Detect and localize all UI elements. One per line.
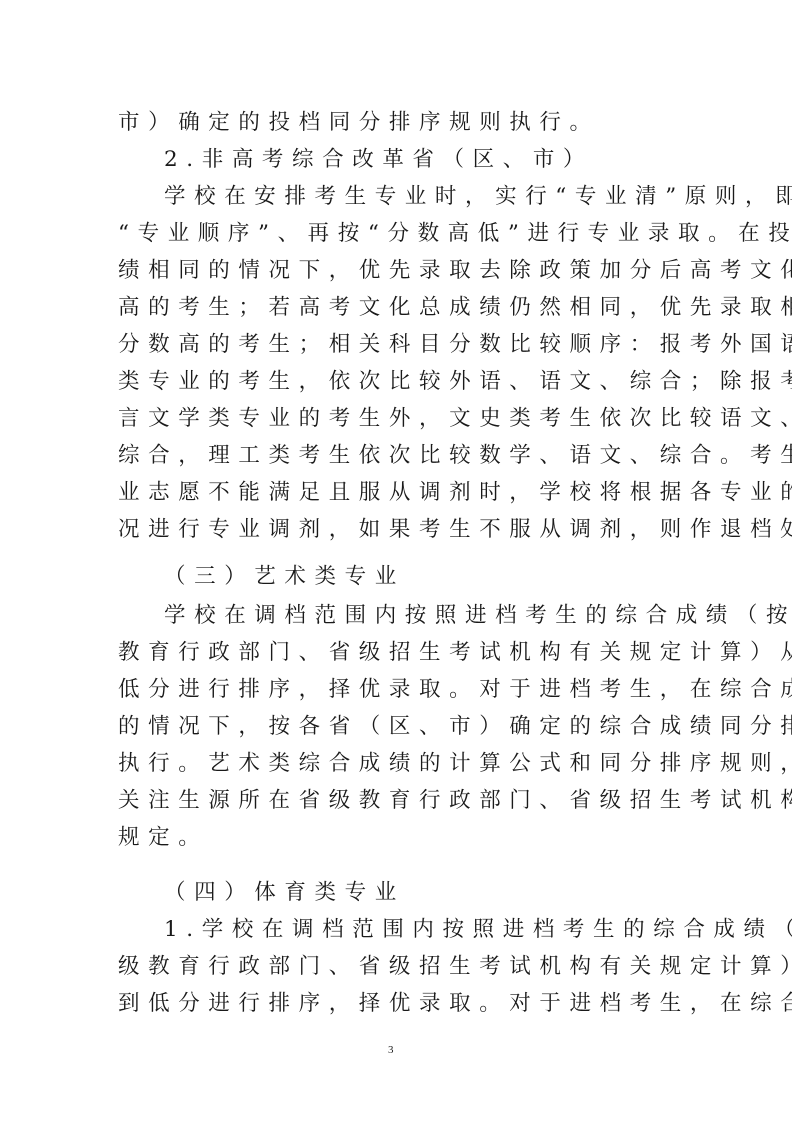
- text-line: 分数高的考生；相关科目分数比较顺序：报考外国语言文学: [118, 330, 678, 360]
- text-line: 市）确定的投档同分排序规则执行。: [118, 108, 678, 138]
- text-line: 到低分进行排序，择优录取。对于进档考生，在综合成绩相: [118, 989, 678, 1019]
- text-line: 言文学类专业的考生外，文史类考生依次比较语文、外语、: [118, 404, 678, 434]
- paragraph-first-line: 1.学校在调档范围内按照进档考生的综合成绩（按各省: [164, 915, 678, 945]
- text-line: 规定。: [118, 823, 678, 853]
- paragraph-first-line: 学校在安排考生专业时，实行“专业清”原则，即先按: [164, 182, 678, 212]
- text-line: 级教育行政部门、省级招生考试机构有关规定计算）从高分: [118, 952, 678, 982]
- page-number: 3: [388, 1043, 394, 1057]
- text-line: 低分进行排序，择优录取。对于进档考生，在综合成绩相同: [118, 675, 678, 705]
- text-line: 执行。艺术类综合成绩的计算公式和同分排序规则，请考生: [118, 749, 678, 779]
- text-line: 高的考生；若高考文化总成绩仍然相同，优先录取相关科目: [118, 293, 678, 323]
- section-heading-art-majors: （三）艺术类专业: [164, 562, 724, 592]
- text-line: 业志愿不能满足且服从调剂时，学校将根据各专业的录取情: [118, 478, 678, 508]
- text-line: 综合，理工类考生依次比较数学、语文、综合。考生所报专: [118, 441, 678, 471]
- text-line: 关注生源所在省级教育行政部门、省级招生考试机构的相关: [118, 786, 678, 816]
- text-line: 教育行政部门、省级招生考试机构有关规定计算）从高分到: [118, 638, 678, 668]
- text-line: 的情况下，按各省（区、市）确定的综合成绩同分排序规则: [118, 712, 678, 742]
- paragraph-first-line: 学校在调档范围内按照进档考生的综合成绩（按各省级: [164, 601, 678, 631]
- text-line: “专业顺序”、再按“分数高低”进行专业录取。在投档成: [118, 219, 678, 249]
- document-page: 市）确定的投档同分排序规则执行。 2.非高考综合改革省（区、市） 学校在安排考生…: [0, 0, 792, 1122]
- text-line: 况进行专业调剂，如果考生不服从调剂，则作退档处理。: [118, 515, 678, 545]
- text-line: 绩相同的情况下，优先录取去除政策加分后高考文化总成绩: [118, 256, 678, 286]
- text-line: 类专业的考生，依次比较外语、语文、综合；除报考外国语: [118, 367, 678, 397]
- subheading-non-reform-provinces: 2.非高考综合改革省（区、市）: [164, 145, 724, 175]
- section-heading-sports-majors: （四）体育类专业: [164, 878, 724, 908]
